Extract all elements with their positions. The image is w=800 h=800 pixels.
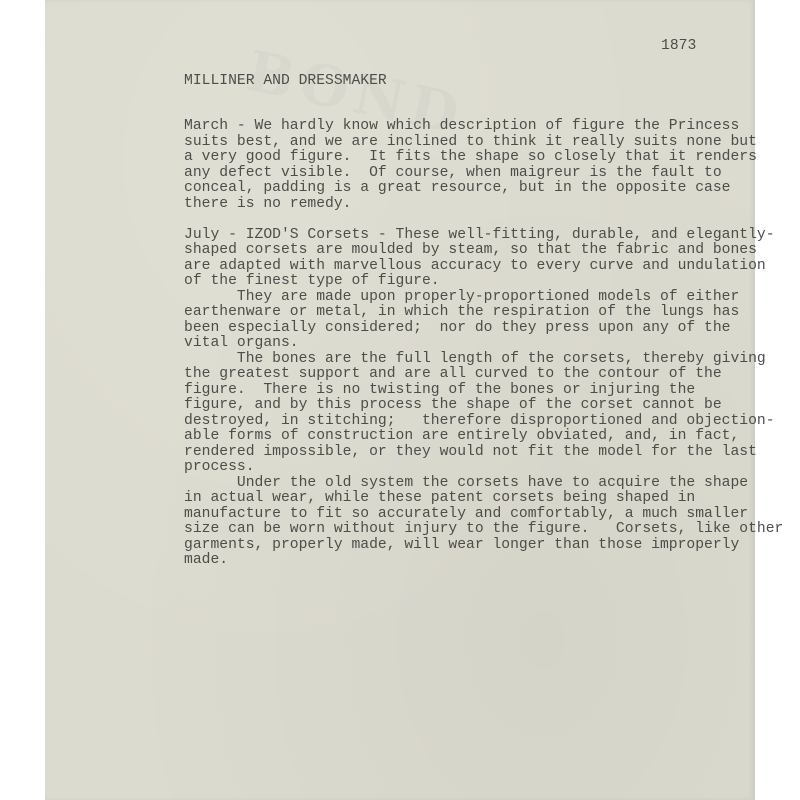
text-line: are adapted with marvellous accuracy to …: [184, 259, 783, 275]
paragraph: The bones are the full length of the cor…: [184, 352, 783, 476]
text-line: They are made upon properly-proportioned…: [184, 290, 783, 306]
text-line: Under the old system the corsets have to…: [184, 476, 783, 492]
document-body: March - We hardly know which description…: [184, 119, 783, 569]
text-line: size can be worn without injury to the f…: [184, 522, 783, 538]
text-line: destroyed, in stitching; therefore dispr…: [184, 414, 783, 430]
text-line: vital organs.: [184, 336, 783, 352]
text-line: made.: [184, 553, 783, 569]
paragraph: March - We hardly know which description…: [184, 119, 783, 212]
text-line: shaped corsets are moulded by steam, so …: [184, 243, 783, 259]
text-line: a very good figure. It fits the shape so…: [184, 150, 783, 166]
paragraph: They are made upon properly-proportioned…: [184, 290, 783, 352]
text-line: rendered impossible, or they would not f…: [184, 445, 783, 461]
text-line: July - IZOD'S Corsets - These well-fitti…: [184, 228, 783, 244]
paragraph: Under the old system the corsets have to…: [184, 476, 783, 569]
text-line: there is no remedy.: [184, 197, 783, 213]
text-line: any defect visible. Of course, when maig…: [184, 166, 783, 182]
document-title: MILLINER AND DRESSMAKER: [184, 74, 387, 90]
text-line: able forms of construction are entirely …: [184, 429, 783, 445]
paragraph: July - IZOD'S Corsets - These well-fitti…: [184, 228, 783, 290]
text-line: March - We hardly know which description…: [184, 119, 783, 135]
text-line: figure, and by this process the shape of…: [184, 398, 783, 414]
text-line: The bones are the full length of the cor…: [184, 352, 783, 368]
text-line: conceal, padding is a great resource, bu…: [184, 181, 783, 197]
text-line: process.: [184, 460, 783, 476]
document-year: 1873: [661, 39, 696, 55]
text-line: of the finest type of figure.: [184, 274, 783, 290]
text-line: in actual wear, while these patent corse…: [184, 491, 783, 507]
text-line: earthenware or metal, in which the respi…: [184, 305, 783, 321]
text-line: the greatest support and are all curved …: [184, 367, 783, 383]
text-line: figure. There is no twisting of the bone…: [184, 383, 783, 399]
typewritten-page: BOND 1873 MILLINER AND DRESSMAKER March …: [45, 0, 755, 800]
text-line: been especially considered; nor do they …: [184, 321, 783, 337]
text-line: suits best, and we are inclined to think…: [184, 135, 783, 151]
text-line: manufacture to fit so accurately and com…: [184, 507, 783, 523]
text-line: garments, properly made, will wear longe…: [184, 538, 783, 554]
